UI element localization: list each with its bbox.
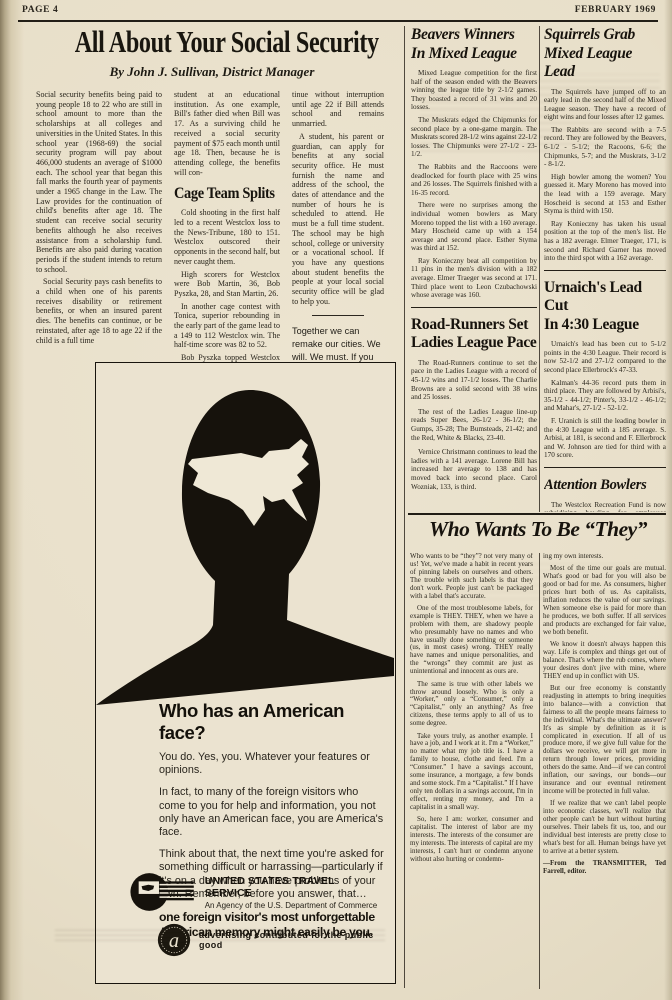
ad-council-logo-icon: a xyxy=(157,921,191,959)
sports-paragraph: The Muskrats edged the Chipmunks for sec… xyxy=(411,116,537,159)
heading-line: Urnaich's Lead Cut xyxy=(544,279,666,316)
usts-subtitle: An Agency of the U.S. Department of Comm… xyxy=(205,901,379,910)
ad-headline: Who has an American face? xyxy=(159,700,387,744)
squirrels-heading: Squirrels Grab Mixed League Lead xyxy=(544,26,666,82)
editorial-heading: Who Wants To Be “They” xyxy=(410,517,666,542)
sports-paragraph: The Westclox Recreation Fund is now subs… xyxy=(544,501,666,513)
ad-lead: You do. Yes, you. Whatever your features… xyxy=(159,751,387,777)
article-paragraph: Social security benefits being paid to y… xyxy=(36,90,162,274)
ad-logos: UNITED STATES TRAVEL SERVICE An Agency o… xyxy=(129,871,379,967)
usts-logo-row: UNITED STATES TRAVEL SERVICE An Agency o… xyxy=(129,871,379,913)
sports-paragraph: There were no surprises among the indivi… xyxy=(411,201,537,253)
column-rule xyxy=(404,26,405,988)
svg-text:a: a xyxy=(169,930,179,952)
article-paragraph: Social Security pays cash benefits to a … xyxy=(36,277,162,345)
cage-team-splits-heading: Cage Team Splits xyxy=(174,185,269,203)
editorial-paragraph: Take yours truly, as another example. I … xyxy=(410,733,533,812)
editorial-paragraph: ing my own interests. xyxy=(543,553,666,561)
editorial-signature: —From the TRANSMITTER, Ted Farrell, edit… xyxy=(543,860,666,876)
roadrunners-heading: Road-Runners Set Ladies League Pace xyxy=(411,316,537,353)
editorial-paragraph: Most of the time our goals are mutual. W… xyxy=(543,565,666,636)
article-byline: By John J. Sullivan, District Manager xyxy=(36,64,388,80)
heading-line: Ladies League Pace xyxy=(411,334,537,353)
bowling-news-column-1: Beavers Winners In Mixed League Mixed Le… xyxy=(411,26,537,512)
they-editorial: Who Wants To Be “They” Who wants to be “… xyxy=(410,517,666,991)
editorial-paragraph: Who wants to be “they”? not very many of… xyxy=(410,553,533,600)
heading-line: Road-Runners Set xyxy=(411,316,537,335)
masthead-rule xyxy=(18,20,658,22)
american-face-silhouette xyxy=(96,363,394,708)
section-rule xyxy=(408,513,666,515)
travel-service-ad: Who has an American face? You do. Yes, y… xyxy=(95,362,396,984)
article-paragraph: Cold shooting in the first half led to a… xyxy=(174,208,280,266)
heading-line: Squirrels Grab xyxy=(544,26,666,45)
heading-line: Mixed League Lead xyxy=(544,45,666,82)
editorial-paragraph: One of the most troublesome labels, for … xyxy=(410,605,533,676)
editorial-paragraph: But our free economy is constantly readj… xyxy=(543,685,666,796)
section-rule xyxy=(411,307,537,308)
sports-paragraph: The rest of the Ladies League line-up re… xyxy=(411,408,537,442)
heading-line: In Mixed League xyxy=(411,45,537,64)
sports-paragraph: High bowler among the women? You guessed… xyxy=(544,173,666,216)
beavers-heading: Beavers Winners In Mixed League xyxy=(411,26,537,63)
sports-paragraph: The Rabbits are second with a 7-5 record… xyxy=(544,126,666,169)
article-paragraph: tinue without interruption until age 22 … xyxy=(292,90,384,129)
heading-line: Beavers Winners xyxy=(411,26,537,45)
editorial-paragraph: If we realize that we can't label people… xyxy=(543,800,666,855)
section-divider xyxy=(312,315,364,316)
sports-paragraph: Ray Konieczny beat all competition by 11… xyxy=(411,257,537,300)
sports-paragraph: Vernice Christmann continues to lead the… xyxy=(411,448,537,491)
sports-paragraph: The Rabbits and the Raccoons were deadlo… xyxy=(411,163,537,197)
sports-paragraph: Urnaich's lead has been cut to 5-1/2 poi… xyxy=(544,340,666,374)
page-number: PAGE 4 xyxy=(22,5,58,15)
sports-paragraph: Mixed League competition for the first h… xyxy=(411,69,537,112)
section-rule xyxy=(544,270,666,271)
editorial-paragraph: The same is true with other labels we th… xyxy=(410,681,533,728)
article-paragraph: In another cage contest with Tonica, sup… xyxy=(174,302,280,351)
bowling-news-column-2: Squirrels Grab Mixed League Lead The Squ… xyxy=(544,26,666,512)
editorial-paragraph: We know it doesn't always happen this wa… xyxy=(543,641,666,681)
urnaich-heading: Urnaich's Lead Cut In 4:30 League xyxy=(544,279,666,335)
sports-paragraph: The Squirrels have jumped off to an earl… xyxy=(544,88,666,122)
sports-paragraph: F. Uranich is still the leading bowler i… xyxy=(544,417,666,460)
column-rule xyxy=(539,26,540,512)
attention-bowlers-heading: Attention Bowlers xyxy=(544,476,666,495)
section-rule xyxy=(544,467,666,468)
sports-paragraph: Ray Konieczny has taken his usual positi… xyxy=(544,220,666,263)
editorial-column-1: Who wants to be “they”? not very many of… xyxy=(410,553,533,991)
sports-paragraph: The Road-Runners continue to set the pac… xyxy=(411,359,537,402)
usts-name: UNITED STATES TRAVEL SERVICE xyxy=(205,875,379,899)
newspaper-page: PAGE 4 FEBRUARY 1969 All About Your Soci… xyxy=(0,0,672,1000)
sports-paragraph: Kalman's 44-36 record puts them in third… xyxy=(544,379,666,413)
usts-text: UNITED STATES TRAVEL SERVICE An Agency o… xyxy=(205,875,379,910)
editorial-column-2: ing my own interests. Most of the time o… xyxy=(543,553,666,991)
ad-paragraph: In fact, to many of the foreign visitors… xyxy=(159,786,387,839)
article-title: All About Your Social Security xyxy=(75,25,350,59)
issue-date: FEBRUARY 1969 xyxy=(575,5,656,15)
ad-council-row: a advertising contributed for the public… xyxy=(129,921,379,959)
editorial-paragraph: So, here I am: worker, consumer and capi… xyxy=(410,816,533,863)
ad-council-tagline: advertising contributed for the public g… xyxy=(199,930,379,950)
article-paragraph: A student, his parent or guardian, can a… xyxy=(292,132,384,307)
heading-line: In 4:30 League xyxy=(544,316,666,335)
usts-flag-logo-icon xyxy=(129,871,197,913)
editorial-columns: Who wants to be “they”? not very many of… xyxy=(410,553,666,991)
article-paragraph: student at an educational institution. A… xyxy=(174,90,280,177)
article-paragraph: High scorers for Westclox were Bob Marti… xyxy=(174,270,280,299)
